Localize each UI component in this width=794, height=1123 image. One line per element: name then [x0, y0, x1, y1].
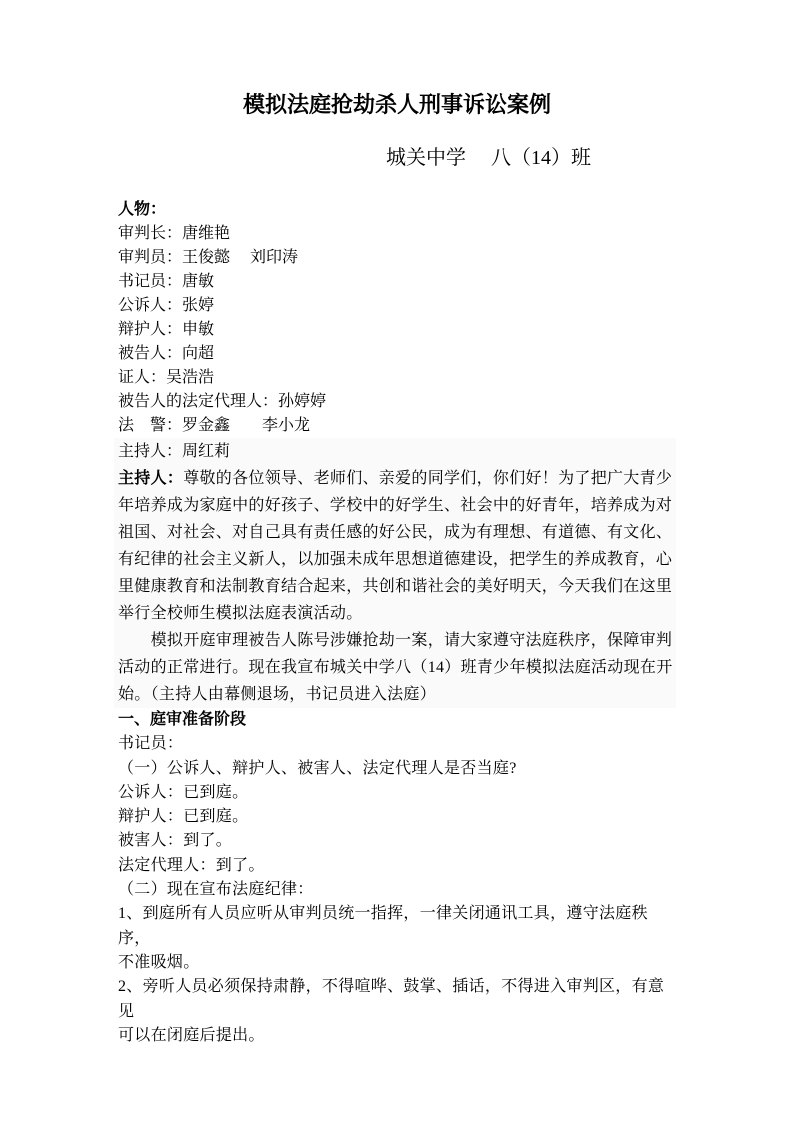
section-body: 书记员： （一）公诉人、辩护人、被害人、法定代理人是否当庭? 公诉人：已到庭。 … — [118, 732, 676, 1048]
cast-heading: 人物： — [118, 198, 676, 222]
document-subtitle: 城关中学 八（14）班 — [118, 146, 676, 170]
host-announcement: 模拟开庭审理被告人陈号涉嫌抢劫一案，请大家遵守法庭秩序，保障审判 活动的正常进行… — [118, 627, 676, 708]
cast-members: 审判长：唐维艳 审判员：王俊懿 刘印涛 书记员：唐敏 公诉人：张婷 辩护人：申敏… — [118, 222, 676, 438]
section-heading: 一、庭审准备阶段 — [118, 708, 676, 732]
cast-list: 人物： 审判长：唐维艳 审判员：王俊懿 刘印涛 书记员：唐敏 公诉人：张婷 辩护… — [118, 198, 676, 438]
document-page: 模拟法庭抢劫杀人刑事诉讼案例 城关中学 八（14）班 人物： 审判长：唐维艳 审… — [0, 0, 794, 1123]
document-content: 模拟法庭抢劫杀人刑事诉讼案例 城关中学 八（14）班 人物： 审判长：唐维艳 审… — [118, 0, 676, 1048]
highlight-block: 主持人：周红莉 主持人：尊敬的各位领导、老师们、亲爱的同学们，你们好！为了把广大… — [114, 438, 676, 708]
host-speech: 主持人：尊敬的各位领导、老师们、亲爱的同学们，你们好！为了把广大青少 年培养成为… — [118, 465, 676, 627]
document-title: 模拟法庭抢劫杀人刑事诉讼案例 — [118, 90, 676, 120]
host-speech-label: 主持人： — [118, 470, 183, 487]
host-speech-text: 尊敬的各位领导、老师们、亲爱的同学们，你们好！为了把广大青少 年培养成为家庭中的… — [118, 470, 672, 622]
section-court-preparation: 一、庭审准备阶段 书记员： （一）公诉人、辩护人、被害人、法定代理人是否当庭? … — [118, 708, 676, 1048]
cast-host-line: 主持人：周红莉 — [118, 438, 676, 465]
